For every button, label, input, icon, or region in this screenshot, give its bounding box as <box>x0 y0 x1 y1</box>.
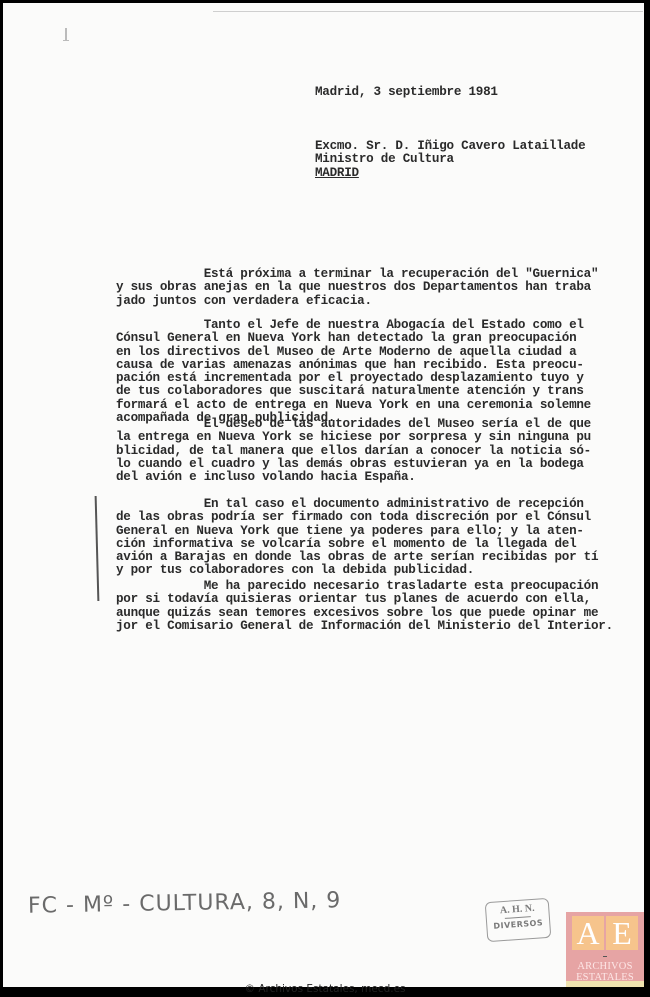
recipient-title: Ministro de Cultura <box>315 152 454 166</box>
document-page: Madrid, 3 septiembre 1981 Excmo. Sr. D. … <box>3 3 644 987</box>
handwritten-reference: FC - Mº - CULTURA, 8, N, 9 <box>28 888 342 918</box>
paragraph-3: El deseo de las autoridades del Museo se… <box>116 418 591 484</box>
paragraph-2: Tanto el Jefe de nuestra Abogacía del Es… <box>116 319 591 425</box>
recipient-block: Excmo. Sr. D. Iñigo Cavero Lataillade Mi… <box>315 140 585 180</box>
paragraph-1: Está próxima a terminar la recuperación … <box>116 268 598 308</box>
letter-date: Madrid, 3 septiembre 1981 <box>315 86 498 99</box>
recipient-city: MADRID <box>315 166 359 180</box>
archivos-estatales-logo: A E ARCHIVOS ESTATALES <box>566 912 644 987</box>
margin-marker-line <box>95 496 100 601</box>
scan-mark <box>65 28 67 40</box>
stamp-line-2: DIVERSOS <box>487 918 549 931</box>
logo-dash <box>603 956 607 957</box>
stamp-line-1: A. H. N. <box>486 902 549 917</box>
logo-letter-a: A <box>572 916 604 950</box>
paragraph-5: Me ha parecido necesario trasladarte est… <box>116 580 613 633</box>
scan-mark <box>63 40 69 41</box>
recipient-name: Excmo. Sr. D. Iñigo Cavero Lataillade <box>315 139 585 153</box>
logo-letter-e: E <box>606 916 638 950</box>
logo-text-line-1: ARCHIVOS <box>566 961 644 972</box>
scan-edge-line <box>213 11 643 12</box>
paragraph-4: En tal caso el documento administrativo … <box>116 498 598 578</box>
archive-stamp: A. H. N. DIVERSOS <box>485 898 552 942</box>
copyright-footer: © Archivos Estatales, mecd.es <box>0 983 650 995</box>
